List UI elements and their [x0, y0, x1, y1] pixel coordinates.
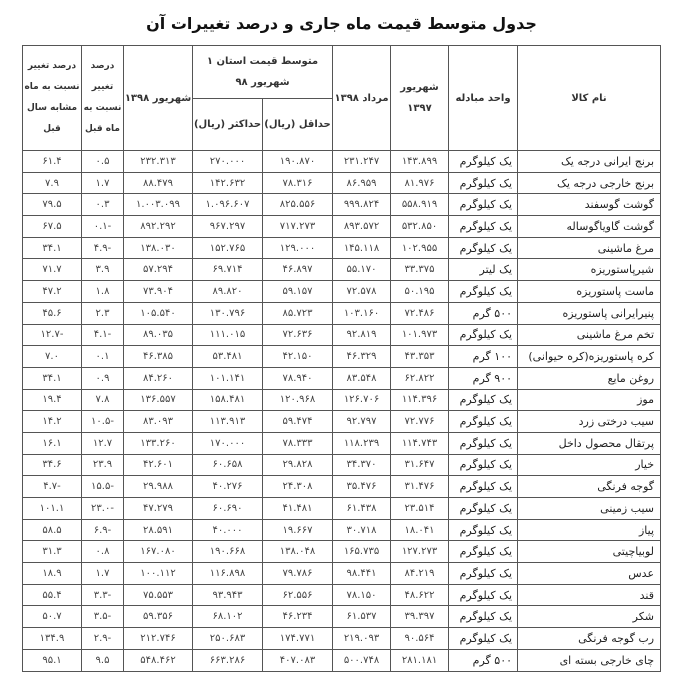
shahrivar-1398-cell: ۴۶.۳۸۵: [124, 346, 193, 368]
shahrivar-1397-cell: ۱۱۴.۷۴۳: [391, 432, 449, 454]
mom-change-cell: ۳.۵-: [82, 606, 124, 628]
shahrivar-1398-cell: ۷۳.۹۰۴: [124, 281, 193, 303]
max-price-cell: ۱۴۲.۶۳۲: [193, 172, 263, 194]
mom-change-cell: ۰.۵: [82, 151, 124, 173]
min-price-cell: ۴۱.۴۸۱: [263, 498, 333, 520]
mordad-1398-cell: ۴۶.۳۲۹: [333, 346, 391, 368]
unit-cell: یک کیلوگرم: [449, 237, 518, 259]
table-row: ۵۵.۴۳.۳-۷۵.۵۵۳۹۳.۹۴۳۶۲.۵۵۶۷۸.۱۵۰۴۸.۶۲۲یک…: [23, 584, 661, 606]
table-row: ۹۵.۱۹.۵۵۴۸.۴۶۲۶۶۳.۲۸۶۴۰۷.۰۸۳۵۰۰.۷۴۸۲۸۱.۱…: [23, 649, 661, 671]
max-price-cell: ۶۹.۷۱۴: [193, 259, 263, 281]
max-price-cell: ۶۸.۱۰۲: [193, 606, 263, 628]
table-row: ۶۷.۵۰.۱-۸۹۲.۲۹۲۹۶۷.۲۹۷۷۱۷.۲۷۳۸۹۳.۵۷۲۵۳۲.…: [23, 216, 661, 238]
mordad-1398-cell: ۲۱۹.۰۹۳: [333, 628, 391, 650]
unit-cell: یک کیلوگرم: [449, 216, 518, 238]
product-name-cell: شیرپاستوریزه: [518, 259, 661, 281]
table-row: ۱۳۴.۹۲.۹-۲۱۲.۷۴۶۲۵۰.۶۸۳۱۷۴.۷۷۱۲۱۹.۰۹۳۹۰.…: [23, 628, 661, 650]
max-price-cell: ۹۶۷.۲۹۷: [193, 216, 263, 238]
unit-cell: ۵۰۰ گرم: [449, 649, 518, 671]
table-row: ۱۲.۷-۴.۱-۸۹.۰۳۵۱۱۱.۰۱۵۷۲.۶۳۶۹۲.۸۱۹۱۰۱.۹۷…: [23, 324, 661, 346]
shahrivar-1398-cell: ۴۷.۲۷۹: [124, 498, 193, 520]
table-row: ۱۹.۴۷.۸۱۳۶.۵۵۷۱۵۸.۴۸۱۱۲۰.۹۶۸۱۲۶.۷۰۶۱۱۴.۳…: [23, 389, 661, 411]
mordad-1398-cell: ۹۲.۸۱۹: [333, 324, 391, 346]
min-price-cell: ۱۷۴.۷۷۱: [263, 628, 333, 650]
product-name-cell: گوشت گوسفند: [518, 194, 661, 216]
product-name-cell: گوجه فرنگی: [518, 476, 661, 498]
min-price-cell: ۷۸.۹۴۰: [263, 367, 333, 389]
price-table: درصد تغییر نسبت به ماه مشابه سال قبل درص…: [22, 45, 661, 672]
yoy-change-cell: ۷.۹: [23, 172, 82, 194]
yoy-change-cell: ۶۱.۴: [23, 151, 82, 173]
product-name-cell: شکر: [518, 606, 661, 628]
unit-cell: یک کیلوگرم: [449, 498, 518, 520]
max-price-cell: ۱۵۸.۴۸۱: [193, 389, 263, 411]
shahrivar-1397-cell: ۲۳.۵۱۴: [391, 498, 449, 520]
max-price-cell: ۱۱۳.۹۱۳: [193, 411, 263, 433]
mordad-1398-cell: ۳۰.۷۱۸: [333, 519, 391, 541]
shahrivar-1397-cell: ۶۲.۸۲۲: [391, 367, 449, 389]
shahrivar-1397-cell: ۱۴۳.۸۹۹: [391, 151, 449, 173]
unit-cell: یک کیلوگرم: [449, 606, 518, 628]
table-row: ۴۷.۲۱.۸۷۳.۹۰۴۸۹.۸۲۰۵۹.۱۵۷۷۲.۵۷۸۵۰.۱۹۵یک …: [23, 281, 661, 303]
table-row: ۷.۰۰.۱۴۶.۳۸۵۵۳.۴۸۱۴۲.۱۵۰۴۶.۳۲۹۴۳.۳۵۳۱۰۰ …: [23, 346, 661, 368]
unit-cell: یک کیلوگرم: [449, 563, 518, 585]
mom-change-cell: ۰.۸: [82, 541, 124, 563]
mordad-1398-cell: ۹۸.۴۴۱: [333, 563, 391, 585]
mordad-1398-cell: ۱۴۵.۱۱۸: [333, 237, 391, 259]
shahrivar-1398-cell: ۱.۰۰۳.۰۹۹: [124, 194, 193, 216]
shahrivar-1397-cell: ۴۳.۳۵۳: [391, 346, 449, 368]
yoy-change-cell: ۱۲.۷-: [23, 324, 82, 346]
product-name-cell: گوشت گاوياگوساله: [518, 216, 661, 238]
shahrivar-1397-cell: ۳۱.۴۷۶: [391, 476, 449, 498]
mom-change-cell: ۶.۹-: [82, 519, 124, 541]
min-price-cell: ۲۴.۳۰۸: [263, 476, 333, 498]
shahrivar-1398-cell: ۵۹.۳۵۶: [124, 606, 193, 628]
mordad-1398-cell: ۶۱.۴۳۸: [333, 498, 391, 520]
min-price-cell: ۴۶.۲۳۴: [263, 606, 333, 628]
max-price-cell: ۱۳۰.۷۹۶: [193, 302, 263, 324]
min-price-cell: ۱۳۸.۰۴۸: [263, 541, 333, 563]
shahrivar-1398-cell: ۲۱۲.۷۴۶: [124, 628, 193, 650]
yoy-change-cell: ۳۴.۱: [23, 237, 82, 259]
shahrivar-1398-cell: ۸۸.۴۷۹: [124, 172, 193, 194]
table-row: ۷۹.۵۰.۳۱.۰۰۳.۰۹۹۱.۰۹۶.۶۰۷۸۲۵.۵۵۶۹۹۹.۸۲۴۵…: [23, 194, 661, 216]
max-price-cell: ۲۷۰.۰۰۰: [193, 151, 263, 173]
shahrivar-1398-cell: ۷۵.۵۵۳: [124, 584, 193, 606]
header-shahrivar-1397: شهریور ۱۳۹۷: [391, 46, 449, 151]
yoy-change-cell: ۱۳۴.۹: [23, 628, 82, 650]
product-name-cell: روغن مایع: [518, 367, 661, 389]
unit-cell: یک کیلوگرم: [449, 432, 518, 454]
min-price-cell: ۷۹.۷۸۶: [263, 563, 333, 585]
unit-cell: یک کیلوگرم: [449, 324, 518, 346]
product-name-cell: لوبیاچیتی: [518, 541, 661, 563]
max-price-cell: ۱.۰۹۶.۶۰۷: [193, 194, 263, 216]
min-price-cell: ۷۲.۶۳۶: [263, 324, 333, 346]
shahrivar-1397-cell: ۷۲.۴۸۶: [391, 302, 449, 324]
table-row: ۱۸.۹۱.۷۱۰۰.۱۱۲۱۱۶.۸۹۸۷۹.۷۸۶۹۸.۴۴۱۸۴.۲۱۹ی…: [23, 563, 661, 585]
mordad-1398-cell: ۷۸.۱۵۰: [333, 584, 391, 606]
max-price-cell: ۲۵۰.۶۸۳: [193, 628, 263, 650]
mom-change-cell: ۰.۱: [82, 346, 124, 368]
min-price-cell: ۱۹.۶۶۷: [263, 519, 333, 541]
max-price-cell: ۴۰.۲۷۶: [193, 476, 263, 498]
yoy-change-cell: ۵۰.۷: [23, 606, 82, 628]
mom-change-cell: ۱۵.۵-: [82, 476, 124, 498]
yoy-change-cell: ۹۵.۱: [23, 649, 82, 671]
table-title: جدول متوسط قیمت ماه جاری و درصد تغییرات …: [0, 14, 683, 33]
shahrivar-1398-cell: ۱۳۳.۲۶۰: [124, 432, 193, 454]
yoy-change-cell: ۷۱.۷: [23, 259, 82, 281]
max-price-cell: ۱۷۰.۰۰۰: [193, 432, 263, 454]
mom-change-cell: ۰.۳: [82, 194, 124, 216]
product-name-cell: پیاز: [518, 519, 661, 541]
max-price-cell: ۶۶۳.۲۸۶: [193, 649, 263, 671]
max-price-cell: ۱۹۰.۶۶۸: [193, 541, 263, 563]
unit-cell: یک کیلوگرم: [449, 454, 518, 476]
max-price-cell: ۱۵۲.۷۶۵: [193, 237, 263, 259]
shahrivar-1398-cell: ۲۸.۵۹۱: [124, 519, 193, 541]
mordad-1398-cell: ۹۹۹.۸۲۴: [333, 194, 391, 216]
mom-change-cell: ۱۰.۵-: [82, 411, 124, 433]
mom-change-cell: ۱.۷: [82, 563, 124, 585]
table-row: ۷.۹۱.۷۸۸.۴۷۹۱۴۲.۶۳۲۷۸.۳۱۶۸۶.۹۵۹۸۱.۹۷۶یک …: [23, 172, 661, 194]
table-row: ۱۰۱.۱۲۳.۰-۴۷.۲۷۹۶۰.۶۹۰۴۱.۴۸۱۶۱.۴۳۸۲۳.۵۱۴…: [23, 498, 661, 520]
header-unit: واحد مبادله: [449, 46, 518, 151]
table-row: ۳۴.۱۴.۹-۱۳۸.۰۳۰۱۵۲.۷۶۵۱۲۹.۰۰۰۱۴۵.۱۱۸۱۰۲.…: [23, 237, 661, 259]
table-row: ۳۱.۳۰.۸۱۶۷.۰۸۰۱۹۰.۶۶۸۱۳۸.۰۴۸۱۶۵.۷۳۵۱۲۷.۲…: [23, 541, 661, 563]
shahrivar-1397-cell: ۷۲.۷۷۶: [391, 411, 449, 433]
shahrivar-1398-cell: ۱۰۵.۵۴۰: [124, 302, 193, 324]
unit-cell: یک کیلوگرم: [449, 476, 518, 498]
min-price-cell: ۷۸.۳۱۶: [263, 172, 333, 194]
min-price-cell: ۸۲۵.۵۵۶: [263, 194, 333, 216]
header-mom-change: درصد تغییر نسبت به ماه قبل: [82, 46, 124, 151]
shahrivar-1398-cell: ۱۳۶.۵۵۷: [124, 389, 193, 411]
product-name-cell: رب گوجه فرنگی: [518, 628, 661, 650]
product-name-cell: تخم مرغ ماشینی: [518, 324, 661, 346]
shahrivar-1398-cell: ۸۴.۲۶۰: [124, 367, 193, 389]
mom-change-cell: ۳.۹: [82, 259, 124, 281]
min-price-cell: ۲۹.۸۲۸: [263, 454, 333, 476]
min-price-cell: ۷۱۷.۲۷۳: [263, 216, 333, 238]
min-price-cell: ۵۹.۴۷۴: [263, 411, 333, 433]
table-row: ۷۱.۷۳.۹۵۷.۲۹۴۶۹.۷۱۴۴۶.۸۹۷۵۵.۱۷۰۳۳.۳۷۵یک …: [23, 259, 661, 281]
header-min: حداقل (ریال): [263, 99, 333, 151]
product-name-cell: پرتقال محصول داخل: [518, 432, 661, 454]
table-row: ۴۵.۶۲.۳۱۰۵.۵۴۰۱۳۰.۷۹۶۸۵.۷۲۳۱۰۳.۱۶۰۷۲.۴۸۶…: [23, 302, 661, 324]
mordad-1398-cell: ۱۶۵.۷۳۵: [333, 541, 391, 563]
unit-cell: ۵۰۰ گرم: [449, 302, 518, 324]
mordad-1398-cell: ۵۵.۱۷۰: [333, 259, 391, 281]
yoy-change-cell: ۱۶.۱: [23, 432, 82, 454]
unit-cell: یک کیلوگرم: [449, 584, 518, 606]
mom-change-cell: ۲.۹-: [82, 628, 124, 650]
shahrivar-1397-cell: ۵۰.۱۹۵: [391, 281, 449, 303]
min-price-cell: ۴۰۷.۰۸۳: [263, 649, 333, 671]
shahrivar-1397-cell: ۵۵۸.۹۱۹: [391, 194, 449, 216]
mordad-1398-cell: ۸۶.۹۵۹: [333, 172, 391, 194]
unit-cell: ۹۰۰ گرم: [449, 367, 518, 389]
table-row: ۵۸.۵۶.۹-۲۸.۵۹۱۴۰.۰۰۰۱۹.۶۶۷۳۰.۷۱۸۱۸.۰۴۱یک…: [23, 519, 661, 541]
max-price-cell: ۶۰.۶۹۰: [193, 498, 263, 520]
unit-cell: یک کیلوگرم: [449, 411, 518, 433]
shahrivar-1397-cell: ۸۱.۹۷۶: [391, 172, 449, 194]
yoy-change-cell: ۶۷.۵: [23, 216, 82, 238]
shahrivar-1398-cell: ۱۶۷.۰۸۰: [124, 541, 193, 563]
yoy-change-cell: ۱۴.۲: [23, 411, 82, 433]
product-name-cell: کره پاستوریزه(کره حیوانی): [518, 346, 661, 368]
unit-cell: یک کیلوگرم: [449, 541, 518, 563]
yoy-change-cell: ۴۵.۶: [23, 302, 82, 324]
unit-cell: یک کیلوگرم: [449, 389, 518, 411]
shahrivar-1397-cell: ۸۴.۲۱۹: [391, 563, 449, 585]
shahrivar-1397-cell: ۹۰.۵۶۴: [391, 628, 449, 650]
mordad-1398-cell: ۲۳۱.۲۴۷: [333, 151, 391, 173]
product-name-cell: سیب زمینی: [518, 498, 661, 520]
yoy-change-cell: ۱۰۱.۱: [23, 498, 82, 520]
max-price-cell: ۱۱۶.۸۹۸: [193, 563, 263, 585]
unit-cell: یک کیلوگرم: [449, 172, 518, 194]
shahrivar-1398-cell: ۱۳۸.۰۳۰: [124, 237, 193, 259]
unit-cell: یک کیلوگرم: [449, 281, 518, 303]
shahrivar-1397-cell: ۱۲۷.۲۷۳: [391, 541, 449, 563]
mom-change-cell: ۹.۵: [82, 649, 124, 671]
table-row: ۱۴.۲۱۰.۵-۸۳.۰۹۳۱۱۳.۹۱۳۵۹.۴۷۴۹۲.۷۹۷۷۲.۷۷۶…: [23, 411, 661, 433]
yoy-change-cell: ۵۸.۵: [23, 519, 82, 541]
mordad-1398-cell: ۳۵.۴۷۶: [333, 476, 391, 498]
shahrivar-1398-cell: ۱۰۰.۱۱۲: [124, 563, 193, 585]
mom-change-cell: ۲۳.۰-: [82, 498, 124, 520]
mordad-1398-cell: ۹۲.۷۹۷: [333, 411, 391, 433]
mordad-1398-cell: ۶۱.۵۳۷: [333, 606, 391, 628]
max-price-cell: ۴۰.۰۰۰: [193, 519, 263, 541]
shahrivar-1398-cell: ۸۳.۰۹۳: [124, 411, 193, 433]
shahrivar-1397-cell: ۴۸.۶۲۲: [391, 584, 449, 606]
mom-change-cell: ۲.۳: [82, 302, 124, 324]
min-price-cell: ۸۵.۷۲۳: [263, 302, 333, 324]
table-row: ۳۴.۶۲۳.۹۴۲.۶۰۱۶۰.۶۵۸۲۹.۸۲۸۳۴.۳۷۰۳۱.۶۴۷یک…: [23, 454, 661, 476]
mom-change-cell: ۱.۷: [82, 172, 124, 194]
yoy-change-cell: ۷۹.۵: [23, 194, 82, 216]
mom-change-cell: ۰.۹: [82, 367, 124, 389]
mordad-1398-cell: ۳۴.۳۷۰: [333, 454, 391, 476]
product-name-cell: موز: [518, 389, 661, 411]
min-price-cell: ۱۹۰.۸۷۰: [263, 151, 333, 173]
table-row: ۵۰.۷۳.۵-۵۹.۳۵۶۶۸.۱۰۲۴۶.۲۳۴۶۱.۵۳۷۳۹.۳۹۷یک…: [23, 606, 661, 628]
header-mordad-1398: مرداد ۱۳۹۸: [333, 46, 391, 151]
table-row: ۱۶.۱۱۲.۷۱۳۳.۲۶۰۱۷۰.۰۰۰۷۸.۳۳۳۱۱۸.۲۳۹۱۱۴.۷…: [23, 432, 661, 454]
max-price-cell: ۶۰.۶۵۸: [193, 454, 263, 476]
shahrivar-1397-cell: ۳۹.۳۹۷: [391, 606, 449, 628]
min-price-cell: ۴۲.۱۵۰: [263, 346, 333, 368]
shahrivar-1397-cell: ۲۸۱.۱۸۱: [391, 649, 449, 671]
mom-change-cell: ۷.۸: [82, 389, 124, 411]
header-province-average: متوسط قیمت استان ۱ شهریور ۹۸: [193, 46, 333, 99]
shahrivar-1397-cell: ۵۳۲.۸۵۰: [391, 216, 449, 238]
mom-change-cell: ۱.۸: [82, 281, 124, 303]
product-name-cell: قند: [518, 584, 661, 606]
mordad-1398-cell: ۷۲.۵۷۸: [333, 281, 391, 303]
mom-change-cell: ۳.۳-: [82, 584, 124, 606]
yoy-change-cell: ۷.۰: [23, 346, 82, 368]
unit-cell: یک کیلوگرم: [449, 519, 518, 541]
max-price-cell: ۹۳.۹۴۳: [193, 584, 263, 606]
mom-change-cell: ۰.۱-: [82, 216, 124, 238]
mom-change-cell: ۴.۱-: [82, 324, 124, 346]
yoy-change-cell: ۱۸.۹: [23, 563, 82, 585]
yoy-change-cell: ۴.۷-: [23, 476, 82, 498]
unit-cell: یک کیلوگرم: [449, 151, 518, 173]
product-name-cell: عدس: [518, 563, 661, 585]
mordad-1398-cell: ۸۳.۵۴۸: [333, 367, 391, 389]
shahrivar-1397-cell: ۳۳.۳۷۵: [391, 259, 449, 281]
header-shahrivar-1398: شهریور ۱۳۹۸: [124, 46, 193, 151]
product-name-cell: برنج ایرانی درجه یک: [518, 151, 661, 173]
product-name-cell: ماست پاستوریزه: [518, 281, 661, 303]
product-name-cell: مرغ ماشینی: [518, 237, 661, 259]
max-price-cell: ۱۱۱.۰۱۵: [193, 324, 263, 346]
unit-cell: یک لیتر: [449, 259, 518, 281]
mom-change-cell: ۴.۹-: [82, 237, 124, 259]
product-name-cell: چای خارجی بسته ای: [518, 649, 661, 671]
table-row: ۳۴.۱۰.۹۸۴.۲۶۰۱۰۱.۱۴۱۷۸.۹۴۰۸۳.۵۴۸۶۲.۸۲۲۹۰…: [23, 367, 661, 389]
shahrivar-1397-cell: ۱۱۴.۳۹۶: [391, 389, 449, 411]
shahrivar-1397-cell: ۱۸.۰۴۱: [391, 519, 449, 541]
header-yoy-change: درصد تغییر نسبت به ماه مشابه سال قبل: [23, 46, 82, 151]
min-price-cell: ۷۸.۳۳۳: [263, 432, 333, 454]
mom-change-cell: ۲۳.۹: [82, 454, 124, 476]
shahrivar-1398-cell: ۵۷.۲۹۴: [124, 259, 193, 281]
table-row: ۶۱.۴۰.۵۲۳۲.۳۱۳۲۷۰.۰۰۰۱۹۰.۸۷۰۲۳۱.۲۴۷۱۴۳.۸…: [23, 151, 661, 173]
mordad-1398-cell: ۱۲۶.۷۰۶: [333, 389, 391, 411]
yoy-change-cell: ۳۴.۶: [23, 454, 82, 476]
shahrivar-1397-cell: ۱۰۱.۹۷۳: [391, 324, 449, 346]
min-price-cell: ۶۲.۵۵۶: [263, 584, 333, 606]
shahrivar-1398-cell: ۲۳۲.۳۱۳: [124, 151, 193, 173]
yoy-change-cell: ۱۹.۴: [23, 389, 82, 411]
min-price-cell: ۵۹.۱۵۷: [263, 281, 333, 303]
shahrivar-1398-cell: ۵۴۸.۴۶۲: [124, 649, 193, 671]
product-name-cell: پنیرایرانی پاستوریزه: [518, 302, 661, 324]
unit-cell: ۱۰۰ گرم: [449, 346, 518, 368]
shahrivar-1398-cell: ۸۹۲.۲۹۲: [124, 216, 193, 238]
table-row: ۴.۷-۱۵.۵-۲۹.۹۸۸۴۰.۲۷۶۲۴.۳۰۸۳۵.۴۷۶۳۱.۴۷۶ی…: [23, 476, 661, 498]
max-price-cell: ۸۹.۸۲۰: [193, 281, 263, 303]
mom-change-cell: ۱۲.۷: [82, 432, 124, 454]
yoy-change-cell: ۴۷.۲: [23, 281, 82, 303]
unit-cell: یک کیلوگرم: [449, 628, 518, 650]
mordad-1398-cell: ۸۹۳.۵۷۲: [333, 216, 391, 238]
shahrivar-1397-cell: ۳۱.۶۴۷: [391, 454, 449, 476]
min-price-cell: ۱۲۹.۰۰۰: [263, 237, 333, 259]
yoy-change-cell: ۵۵.۴: [23, 584, 82, 606]
shahrivar-1398-cell: ۴۲.۶۰۱: [124, 454, 193, 476]
unit-cell: یک کیلوگرم: [449, 194, 518, 216]
product-name-cell: خیار: [518, 454, 661, 476]
yoy-change-cell: ۳۱.۳: [23, 541, 82, 563]
product-name-cell: برنج خارجی درجه یک: [518, 172, 661, 194]
mordad-1398-cell: ۵۰۰.۷۴۸: [333, 649, 391, 671]
max-price-cell: ۵۳.۴۸۱: [193, 346, 263, 368]
max-price-cell: ۱۰۱.۱۴۱: [193, 367, 263, 389]
product-name-cell: سیب درختی زرد: [518, 411, 661, 433]
shahrivar-1398-cell: ۲۹.۹۸۸: [124, 476, 193, 498]
header-max: حداکثر (ریال): [193, 99, 263, 151]
min-price-cell: ۴۶.۸۹۷: [263, 259, 333, 281]
shahrivar-1397-cell: ۱۰۲.۹۵۵: [391, 237, 449, 259]
header-product-name: نام کالا: [518, 46, 661, 151]
mordad-1398-cell: ۱۰۳.۱۶۰: [333, 302, 391, 324]
yoy-change-cell: ۳۴.۱: [23, 367, 82, 389]
min-price-cell: ۱۲۰.۹۶۸: [263, 389, 333, 411]
shahrivar-1398-cell: ۸۹.۰۳۵: [124, 324, 193, 346]
mordad-1398-cell: ۱۱۸.۲۳۹: [333, 432, 391, 454]
